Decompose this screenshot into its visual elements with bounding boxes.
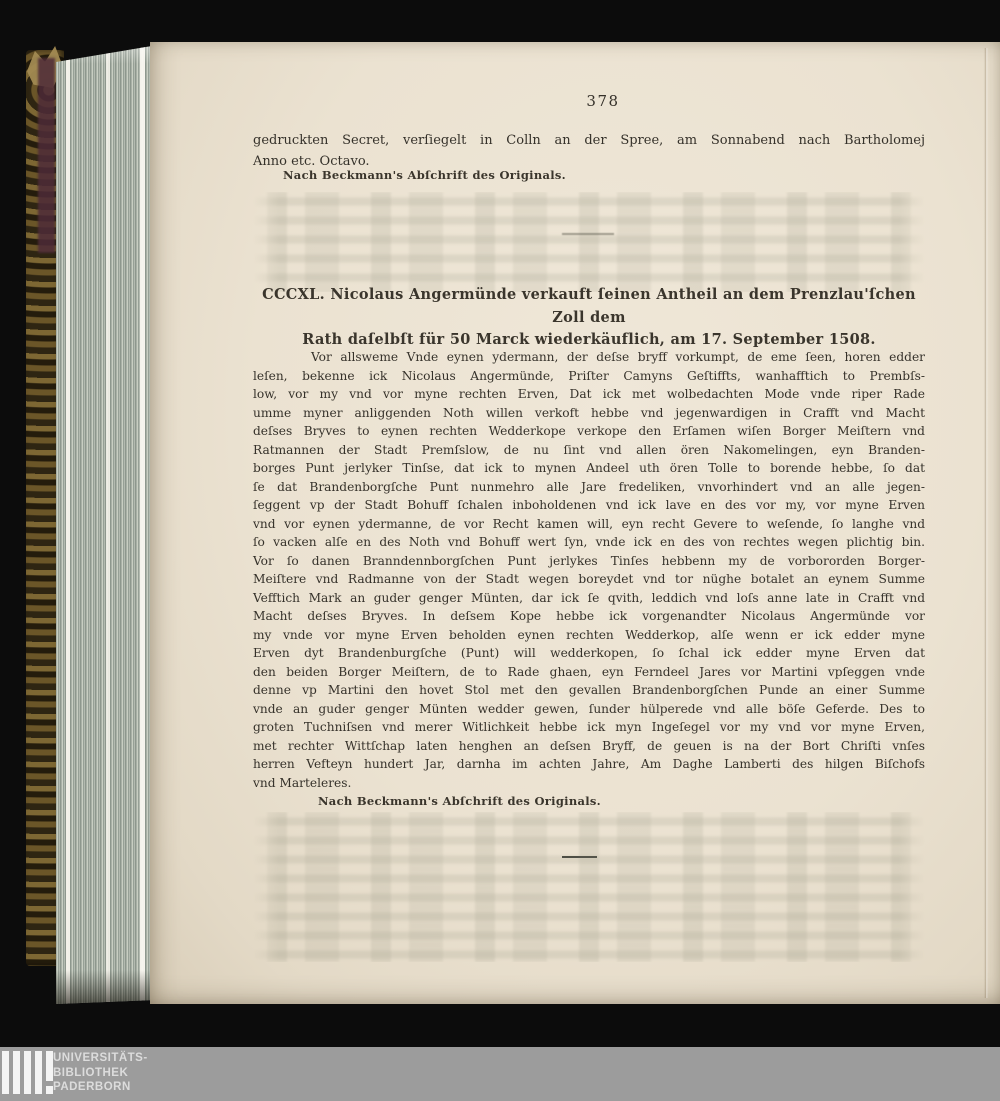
body-line: ſo vacken alſe en des Noth vnd Bohuff we… xyxy=(253,533,925,552)
body-line: deſses Bryves to eynen rechten Wedderkop… xyxy=(253,422,925,441)
library-name-line: BIBLIOTHEK xyxy=(53,1066,148,1081)
reverse-side-bleedthrough xyxy=(253,192,925,292)
body-line: vnd Marteleres. xyxy=(253,774,925,793)
body-line: borges Punt jerlyker Tinſse, dat ick to … xyxy=(253,459,925,478)
body-line: vnde an guder genger Münten wedder gewen… xyxy=(253,700,925,719)
reverse-side-bleedthrough xyxy=(253,812,925,962)
body-line: my vnde vor myne Erven beholden eynen re… xyxy=(253,626,925,645)
logo-bar xyxy=(13,1051,20,1094)
body-line: groten Tuchniſsen vnd merer Witlichkeit … xyxy=(253,718,925,737)
paderborn-bars-logo-icon xyxy=(2,1051,53,1094)
body-line: vnd vor eynen ydermanne, de vor Recht ka… xyxy=(253,515,925,534)
body-line: ſeggent vp der Stadt Bohuff ſchalen inbo… xyxy=(253,496,925,515)
body-line: low, vor my vnd vor myne rechten Erven, … xyxy=(253,385,925,404)
source-note-top: Nach Beckmann's Abſchrift des Originals. xyxy=(283,168,566,182)
logo-bar-exclaim xyxy=(46,1051,53,1094)
document-heading-line: CCCXL. Nicolaus Angermünde verkauft ſein… xyxy=(253,284,925,329)
scanned-book-photo: 378 gedruckten Secret, verſiegelt in Col… xyxy=(0,0,1000,1101)
continuation-line: gedruckten Secret, verſiegelt in Colln a… xyxy=(253,130,925,151)
body-line: ſe dat Brandenborgſche Punt nunmehro all… xyxy=(253,478,925,497)
logo-bar xyxy=(24,1051,31,1094)
continuation-paragraph: gedruckten Secret, verſiegelt in Colln a… xyxy=(253,130,925,173)
body-line: Vor allsweme Vnde eynen ydermann, der de… xyxy=(253,348,925,367)
body-line: herren Vefteyn hundert Jar, darnha im ac… xyxy=(253,755,925,774)
library-name: UNIVERSITÄTS- BIBLIOTHEK PADERBORN xyxy=(53,1051,148,1095)
body-line: umme myner anliggenden Noth willen verko… xyxy=(253,404,925,423)
body-line: Vefftich Mark an guder genger Münten, da… xyxy=(253,589,925,608)
body-line: den beiden Borger Meiſtern, de to Rade g… xyxy=(253,663,925,682)
body-line: Meiſtere vnd Radmanne von der Stadt wege… xyxy=(253,570,925,589)
logo-bar xyxy=(35,1051,42,1094)
page-gutter-crease xyxy=(984,48,988,998)
body-line: Erven dyt Brandenburgſche (Punt) will we… xyxy=(253,644,925,663)
body-line: Ratmannen der Stadt Premſslow, de nu ſin… xyxy=(253,441,925,460)
cover-maroon-strip xyxy=(38,58,55,253)
book-page: 378 gedruckten Secret, verſiegelt in Col… xyxy=(150,42,1000,1004)
body-line: Vor ſo danen Branndennborgſchen Punt jer… xyxy=(253,552,925,571)
logo-bar-dot xyxy=(46,1086,53,1094)
body-line: met rechter Wittſchap laten henghen an d… xyxy=(253,737,925,756)
logo-bar-stem xyxy=(46,1051,53,1081)
document-heading: CCCXL. Nicolaus Angermünde verkauft ſein… xyxy=(253,284,925,352)
body-line: denne vp Martini den hovet Stol met den … xyxy=(253,681,925,700)
body-line: Macht deſses Bryves. In deſsem Kope hebb… xyxy=(253,607,925,626)
logo-bar xyxy=(2,1051,9,1094)
page-stack-edges xyxy=(56,46,152,1004)
library-name-line: PADERBORN xyxy=(53,1080,148,1095)
library-name-line: UNIVERSITÄTS- xyxy=(53,1051,148,1066)
library-brand-band: UNIVERSITÄTS- BIBLIOTHEK PADERBORN xyxy=(0,1047,1000,1101)
source-note-bottom: Nach Beckmann's Abſchrift des Originals. xyxy=(318,794,601,808)
body-line: leſen, bekenne ick Nicolaus Angermünde, … xyxy=(253,367,925,386)
document-body: Vor allsweme Vnde eynen ydermann, der de… xyxy=(253,348,925,792)
bleedthrough-divider-rule xyxy=(562,233,614,235)
page-number: 378 xyxy=(267,92,939,110)
